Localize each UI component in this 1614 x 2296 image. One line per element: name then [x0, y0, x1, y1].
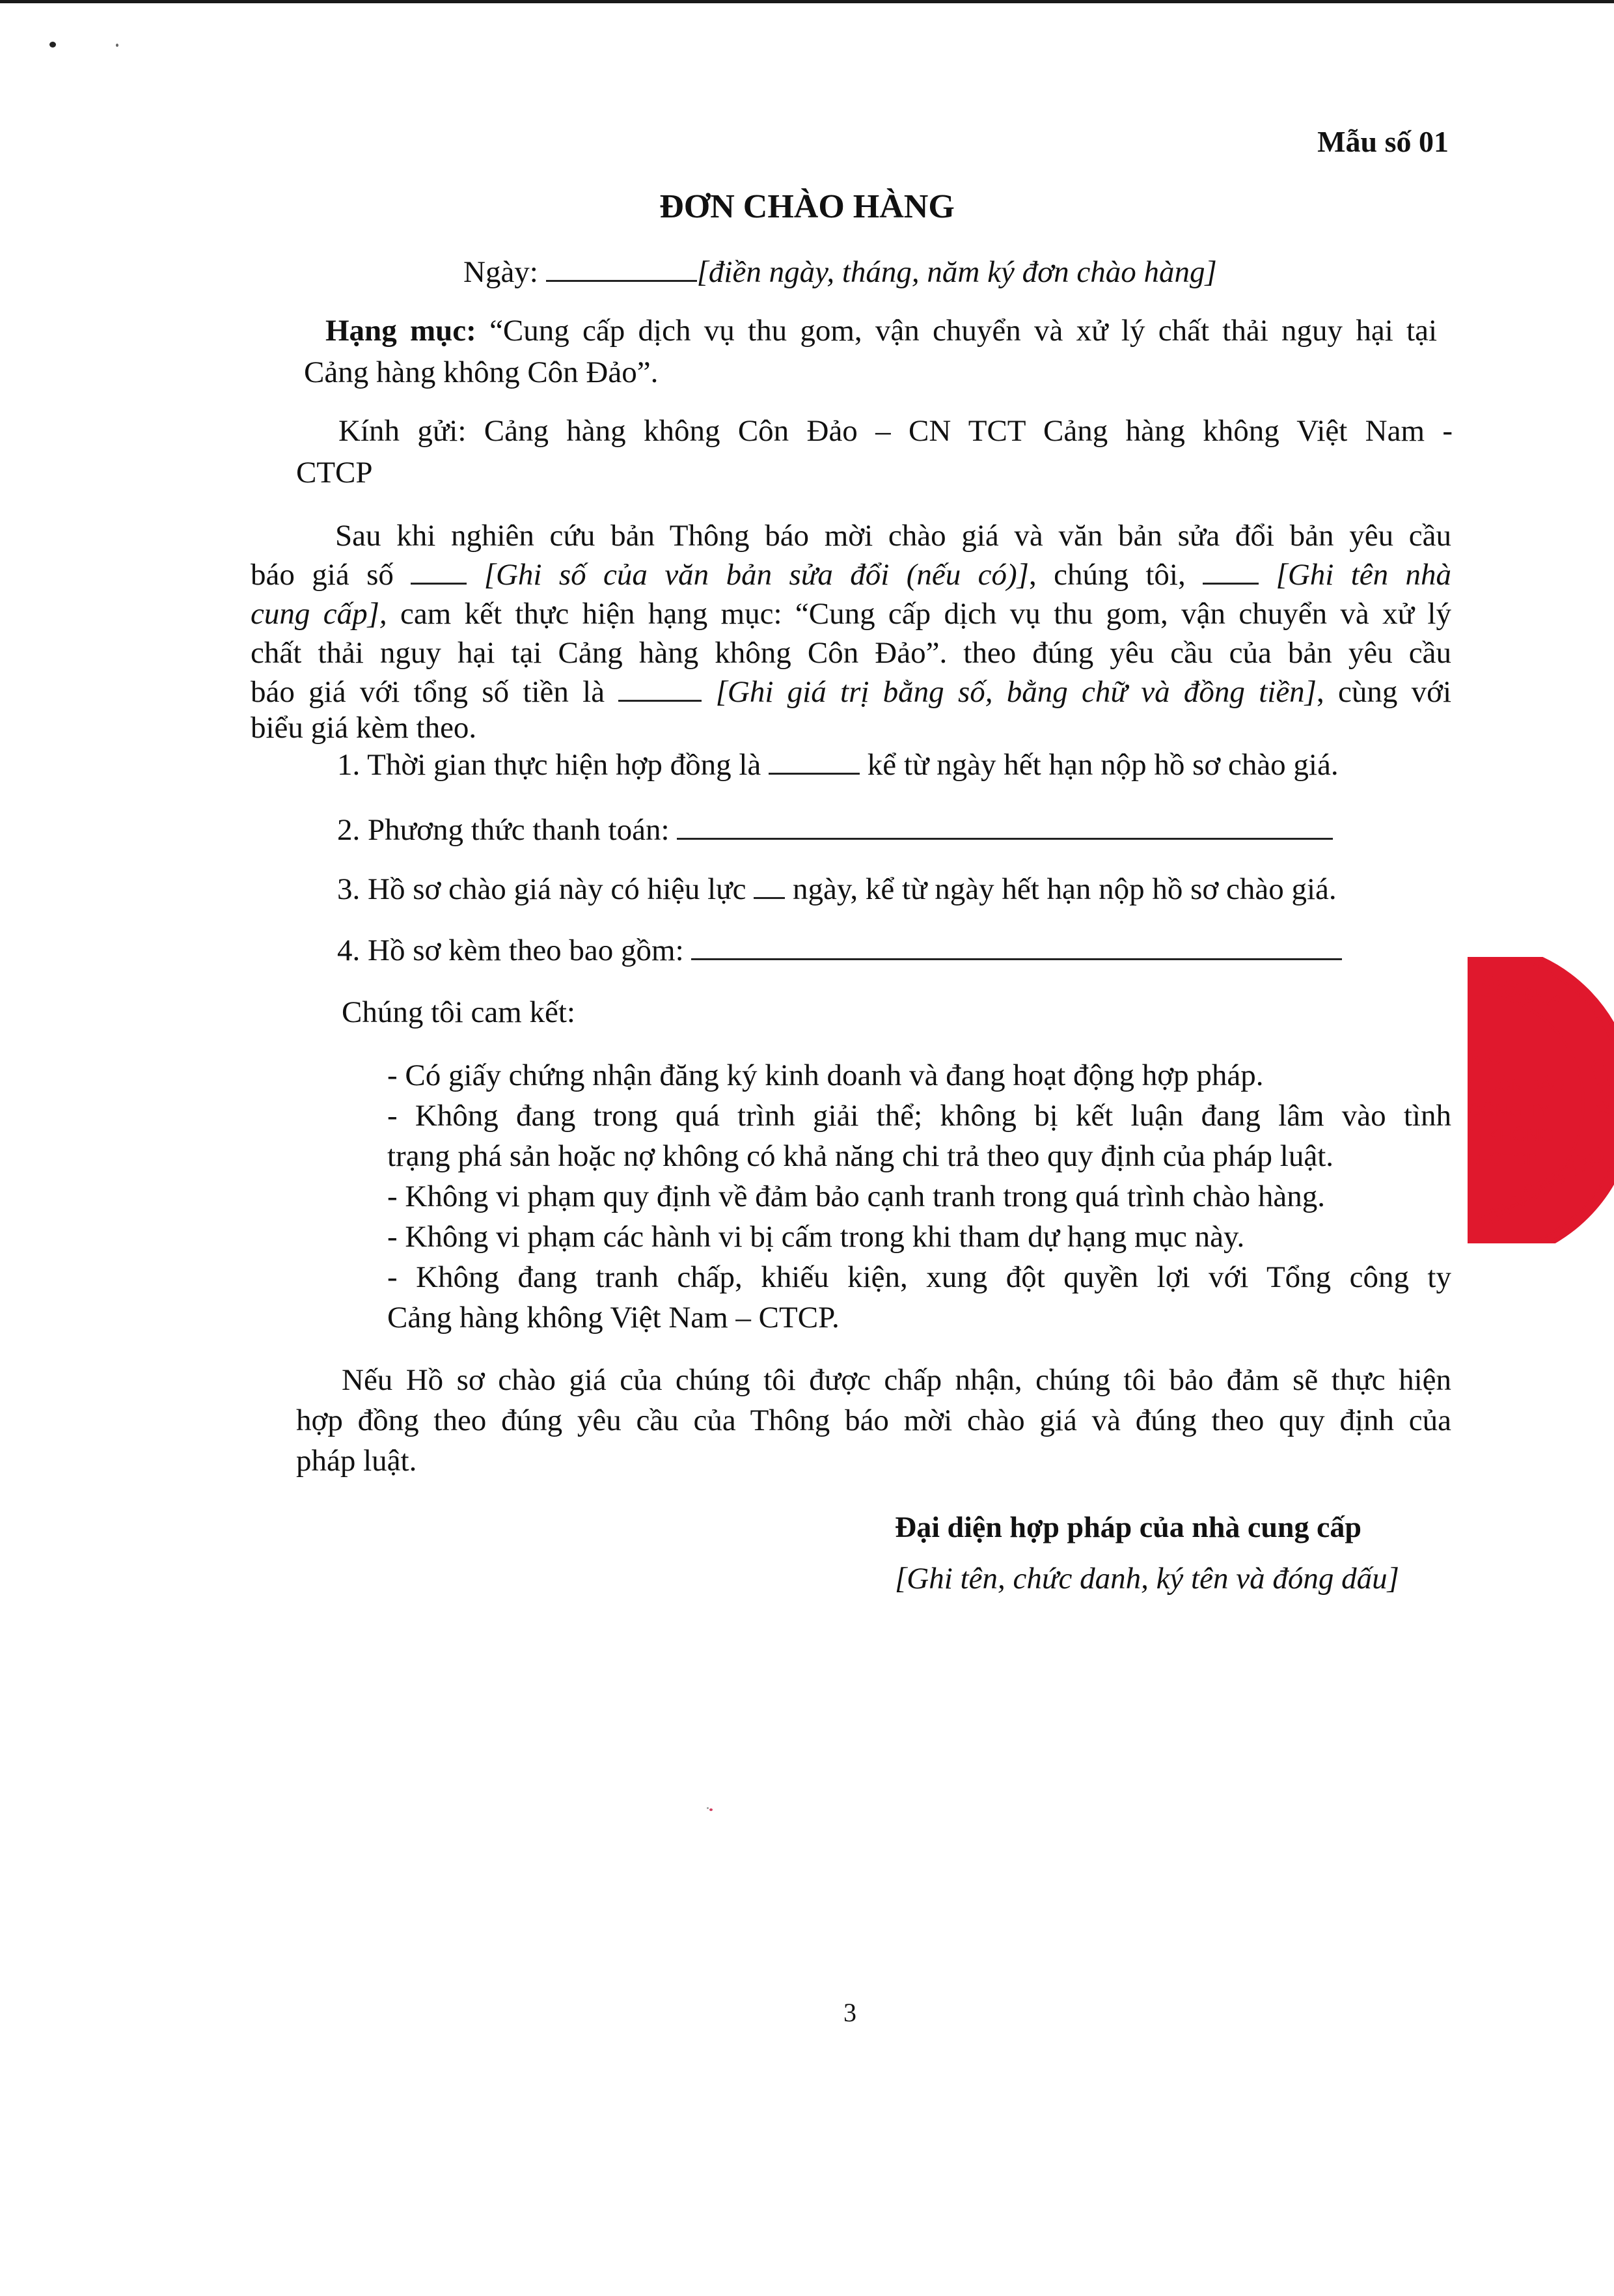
scan-speck — [707, 1807, 709, 1809]
stamp-seal-icon: 525-004 C.T.C.P RIA-VŨNG TÀU NG G CÔN ĐẢ… — [1468, 957, 1614, 1243]
intro-line-5: báo giá với tổng số tiền là [Ghi giá trị… — [251, 672, 1451, 712]
attachments-blank[interactable] — [691, 932, 1342, 960]
date-label: Ngày: — [463, 255, 538, 289]
intro-line-2: báo giá số [Ghi số của văn bản sửa đổi (… — [251, 555, 1451, 594]
form-number: Mẫu số 01 — [1317, 122, 1449, 161]
closing-line-1: Nếu Hồ sơ chào giá của chúng tôi được ch… — [342, 1361, 1451, 1400]
closing-line-2: hợp đồng theo đúng yêu cầu của Thông báo… — [296, 1401, 1451, 1440]
svg-text:M-CTCP: M-CTCP — [1468, 1149, 1539, 1169]
page-number: 3 — [843, 1997, 856, 2028]
scan-speck — [49, 42, 56, 48]
intro-line-4: chất thải nguy hại tại Cảng hàng không C… — [251, 633, 1451, 672]
scan-top-border — [0, 0, 1614, 3]
recipient-line-1: Kính gửi: Cảng hàng không Côn Đảo – CN T… — [338, 411, 1453, 450]
commitment-5-line-1: - Không đang tranh chấp, khiếu kiện, xun… — [387, 1258, 1451, 1297]
commitment-1: - Có giấy chứng nhận đăng ký kinh doanh … — [387, 1056, 1264, 1095]
amendment-hint: [Ghi số của văn bản sửa đổi (nếu có)] — [484, 558, 1029, 592]
item-text: “Cung cấp dịch vụ thu gom, vận chuyển và… — [489, 314, 1437, 348]
scan-speck — [116, 44, 118, 47]
company-stamp: 525-004 C.T.C.P RIA-VŨNG TÀU NG G CÔN ĐẢ… — [1468, 957, 1614, 1243]
item-line-2: Cảng hàng không Côn Đảo”. — [304, 353, 658, 392]
signature-hint: [Ghi tên, chức danh, ký tên và đóng dấu] — [895, 1559, 1399, 1598]
svg-text:G KHÔNG: G KHÔNG — [1468, 1125, 1553, 1145]
svg-text:CÔNG TY: CÔNG TY — [1468, 1100, 1550, 1120]
term-2: 2. Phương thức thanh toán: — [337, 810, 1333, 850]
date-line: Ngày: [điền ngày, tháng, năm ký đơn chào… — [463, 253, 1217, 292]
document-title: ĐƠN CHÀO HÀNG — [0, 187, 1614, 226]
term-1: 1. Thời gian thực hiện hợp đồng là kể từ… — [337, 745, 1339, 784]
validity-days-blank[interactable] — [754, 871, 785, 899]
closing-line-3: pháp luật. — [296, 1441, 417, 1480]
svg-text:NG: NG — [1468, 1043, 1503, 1070]
commitment-2-line-2: trạng phá sản hoặc nợ không có khả năng … — [387, 1137, 1334, 1176]
supplier-name-hint: [Ghi tên nhà — [1276, 558, 1452, 592]
intro-line-1: Sau khi nghiên cứu bản Thông báo mời chà… — [335, 516, 1451, 555]
signature-title: Đại diện hợp pháp của nhà cung cấp — [895, 1508, 1361, 1547]
commitment-4: - Không vi phạm các hành vi bị cấm trong… — [387, 1217, 1244, 1256]
date-hint: [điền ngày, tháng, năm ký đơn chào hàng] — [697, 255, 1217, 289]
payment-method-blank[interactable] — [677, 812, 1333, 840]
total-price-blank[interactable] — [618, 674, 702, 702]
commitment-2-line-1: - Không đang trong quá trình giải thể; k… — [387, 1096, 1451, 1135]
commitment-3: - Không vi phạm quy định về đảm bảo cạnh… — [387, 1177, 1325, 1216]
date-blank[interactable] — [546, 254, 697, 282]
amendment-number-blank[interactable] — [411, 557, 467, 585]
commitment-heading: Chúng tôi cam kết: — [342, 993, 575, 1032]
term-3: 3. Hồ sơ chào giá này có hiệu lực ngày, … — [337, 870, 1337, 909]
scan-speck — [709, 1808, 713, 1811]
item-line-1: Hạng mục: “Cung cấp dịch vụ thu gom, vận… — [325, 311, 1437, 350]
total-price-hint: [Ghi giá trị bằng số, bằng chữ và đồng t… — [716, 675, 1317, 709]
recipient-line-2: CTCP — [296, 453, 373, 492]
intro-line-3: cung cấp], cam kết thực hiện hạng mục: “… — [251, 594, 1451, 633]
item-label: Hạng mục: — [325, 314, 476, 348]
svg-text:G CÔN ĐẢO: G CÔN ĐẢO — [1468, 1075, 1565, 1094]
commitment-5-line-2: Cảng hàng không Việt Nam – CTCP. — [387, 1298, 840, 1337]
term-4: 4. Hồ sơ kèm theo bao gồm: — [337, 931, 1342, 970]
svg-text:★: ★ — [1595, 1098, 1610, 1117]
intro-line-6: biểu giá kèm theo. — [251, 708, 476, 747]
supplier-name-blank[interactable] — [1203, 557, 1259, 585]
contract-duration-blank[interactable] — [769, 747, 860, 775]
